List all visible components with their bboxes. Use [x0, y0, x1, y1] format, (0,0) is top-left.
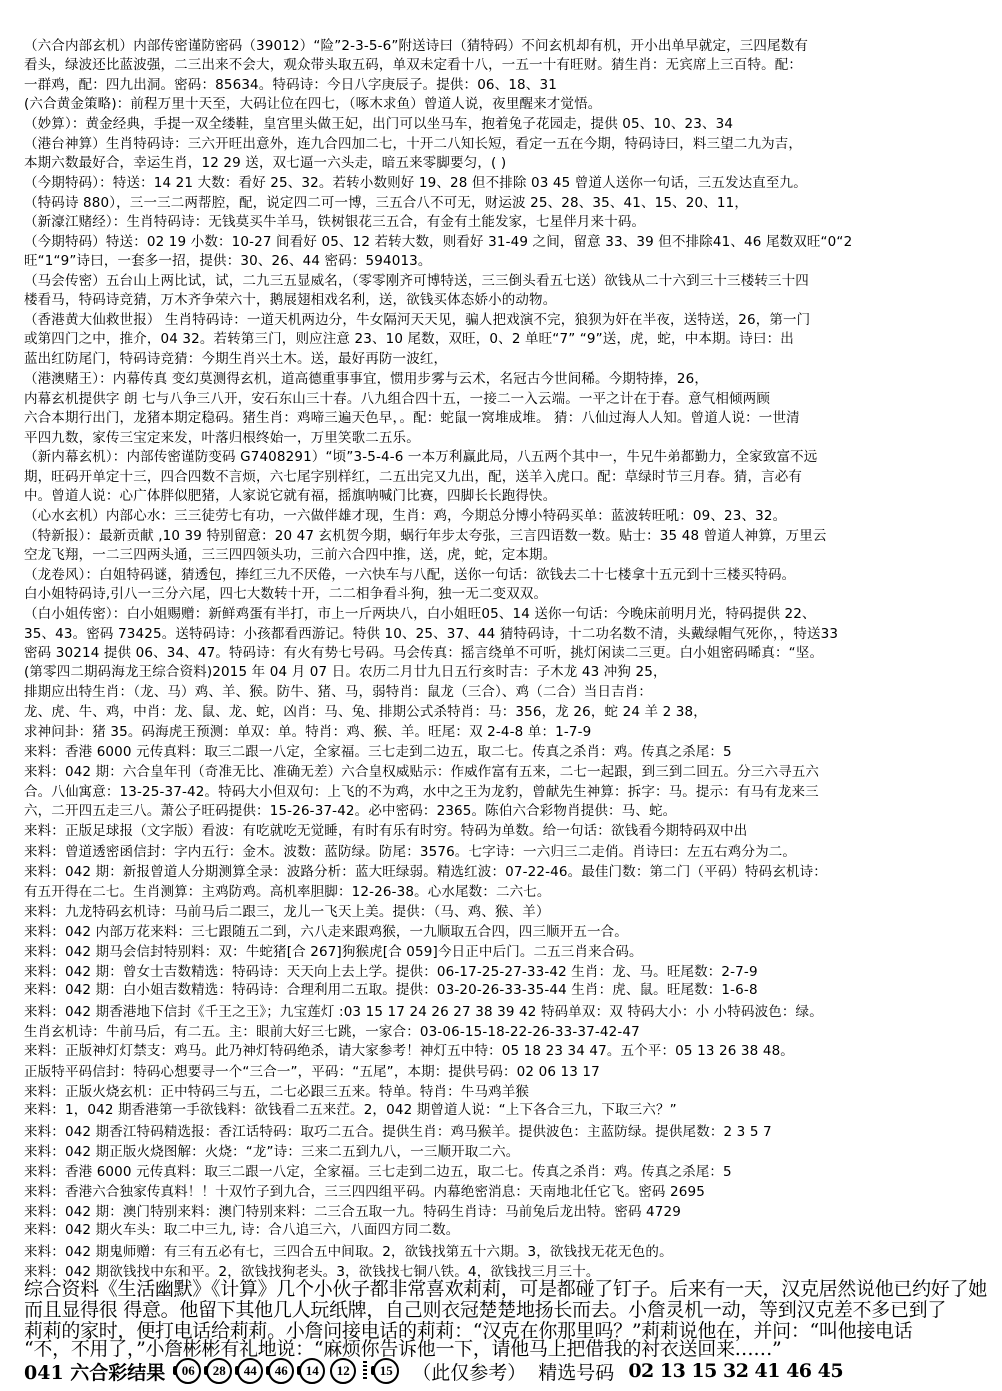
text-line: 旺“1“9”诗曰，一套多一招，提供：30、26、44 密码：594013。 [24, 253, 992, 270]
special-ball: 15 [373, 1358, 399, 1384]
text-line: 来料：042 期正版火烧图解：火烧：“龙”诗：三来二五到九八，一三顺开取二六。 [24, 1144, 992, 1161]
text-line: （新内幕玄机）：内部传密谨防变码 G7408291）“顷”3-5-4-6 一本万… [24, 449, 992, 466]
text-line: 来料：042 期火车头：取二中三九, 诗：合八追三六，八面四方同二数。 [24, 1222, 992, 1239]
text-line: 来料：042 期：六合皇年刊（奇准无比、准确无差）六合皇权威贴示：作威作富有五来… [24, 764, 992, 781]
text-line: 来料：042 期马会信封特别料：双：牛蛇猪[合 267]狗猴虎[合 059]今日… [24, 944, 992, 961]
text-line: 六，二开四五走三八。萧公子旺码提供：15-26-37-42。必中密码：2365。… [24, 803, 992, 820]
text-line: （马会传密）五台山上两比试，试，二九三五显威名，（零零刚齐可博特送，三三倒头看五… [24, 273, 992, 290]
text-line: （心水玄机）内部心水：三三徒劳七有功，一六做伴雄才现，生肖：鸡，今期总分博小特码… [24, 508, 992, 525]
text-line: 期，旺码开单定十三，四合四数不言烦，六七尾字别样红，二五出完又九出，配，送羊入虎… [24, 469, 992, 486]
text-line: 来料：042 期：曾女士吉数精选：特码诗：天天向上去上学。提供：06-17-25… [24, 964, 992, 981]
result-ball-4: 46 [268, 1358, 294, 1384]
text-line: （港澳赌王）：内幕传真 变幻莫测得玄机，道高德重事事宜，惯用步雾与云术，名冠古今… [24, 371, 992, 388]
text-line: 内幕玄机提供字 朗 七与八争三八开，安石东山三十春。八九组合四十五，一接二一入云… [24, 391, 992, 408]
text-line: 来料：042 期：白小姐吉数精选：特码诗：合理利用二五取。提供：03-20-26… [24, 982, 992, 999]
text-line: 来料：正版火烧玄机：正中特码三与五，二七必跟三五来。特单。特肖：牛马鸡羊猴 [24, 1084, 992, 1101]
text-line: 一群鸡，配：四九出洞。密码：85634。特码诗：今日八字庚辰子。提供：06、18… [24, 77, 992, 94]
result-ball-5: 14 [299, 1358, 325, 1384]
text-line: 正版特平码信封：特码心想要寻一个“三合一”，平码：“五尾”，本期：提供号码：02… [24, 1064, 992, 1081]
text-line: 或第四门之中，推介，04 32。若转第三门，则应注意 23、10 尾数，双旺，0… [24, 331, 992, 348]
text-line: 求神问卦：猪 35。码海虎王预测：单双：单。特肖：鸡、猴、羊。旺尾：双 2-4-… [24, 724, 992, 741]
text-line: （特码诗 880），三一三二两帮腔，配，说定四二可一博，三五合八不可无，财运波 … [24, 195, 992, 212]
text-line: （妙算）：黄金经典，手提一双全缕鞋，皇宫里头做王妃，出门可以坐马车，抱着兔子花园… [24, 116, 992, 133]
story-line: 综合资料《生活幽默》《计算》几个小伙子都非常喜欢莉莉，可是都碰了钉子。后来有一天… [24, 1278, 994, 1300]
result-note: （此仅参考） [412, 1358, 526, 1385]
result-ball-3: 44 [237, 1358, 263, 1384]
text-line: 来料：九龙特码玄机诗：马前马后二跟三，龙儿一飞天上美。提供：（马、鸡、猴、羊） [24, 904, 992, 921]
result-ball-2: 28 [206, 1358, 232, 1384]
text-line: 来料：1，042 期香港第一手欲钱料：欲钱看二五来茳。2，042 期曾道人说：“… [24, 1102, 992, 1119]
lottery-info-page: （六合内部玄机）内部传密谨防密码（39012）“险”2-3-5-6”附送诗曰（猜… [0, 0, 1002, 1391]
text-line: 六合本期行出门，龙猪本期定稳码。猪生肖：鸡啼三遍天色早，。配：蛇鼠一窝堆成堆。 … [24, 410, 992, 427]
text-line: 看头，绿波还比蓝波强，二三出来不会大，观众带头取五码，单双未定看十八，一五一十有… [24, 57, 992, 74]
picks-numbers: 02 13 15 32 41 46 45 [628, 1360, 843, 1382]
text-line: 来料：042 期：澳门特别来料：澳门特别来料：二三合五取一九。特码生肖诗：马前兔… [24, 1204, 992, 1221]
text-line: 合。八仙寓意：13-25-37-42。特码大小但双句：上飞的不为鸡，水中之王为龙… [24, 784, 992, 801]
text-line: 来料：042 期香港地下信封《千王之王》；九宝莲灯 :03 15 17 24 2… [24, 1004, 992, 1021]
text-line: （白小姐传密）：白小姐赐赠：新鲜鸡蛋有半打，市上一斤两块八，白小姐旺05、14 … [24, 606, 992, 623]
text-line: (六合黄金策略)：前程万里十天至，大码让位在四七，（啄木求鱼）曾道人说，夜里醒来… [24, 96, 992, 113]
text-line: 来料：曾道透密函信封：字内五行：金木。波数：蓝防绿。防尾：3576。七字诗：一六… [24, 844, 992, 861]
text-line: 有五开得在二七。生肖测算：主鸡防鸡。高机率胆脚：12-26-38。心水尾数：二六… [24, 884, 992, 901]
text-line: （今期特码）特送：02 19 小数：10-27 间看好 05、12 若转大数，则… [24, 234, 992, 251]
text-line: 来料：香港 6000 元传真料：取三二跟一八定，全家福。三七走到二边五，取二七。… [24, 1164, 992, 1181]
text-line: （龙卷风）：白姐特码谜，猜透包，捧红三九不厌倦，一六快车与八配，送你一句话：欲钱… [24, 567, 992, 584]
story-line: 而且显得很 得意。他留下其他几人玩纸牌，自己则衣冠楚楚地扬长而去。小詹灵机一动，… [24, 1299, 994, 1321]
text-line: 本期六数最好合，幸运生肖，12 29 送，双七逼一六头走，暗五来零脚要匀，( ) [24, 155, 992, 172]
result-ball-1: 06 [175, 1358, 201, 1384]
text-line: （今期特码）：特送：14 21 大数：看好 25、32。若转小数则好 19、28… [24, 175, 992, 192]
text-line: （港台神算）生肖特码诗：三六开旺出意外，连九合四加二七，十开二八知长短，看定一五… [24, 136, 992, 153]
text-line: 来料：正版足球报（文字版）看波：有吃就吃无觉睡，有时有乐有时穷。特码为单数。给一… [24, 823, 992, 840]
result-label: 041 六合彩结果 [24, 1358, 165, 1385]
text-line: 来料：042 期：新报曾道人分期测算全录：波路分析：蓝大旺绿弱。精选红波：07-… [24, 864, 992, 881]
text-line: （香港黄大仙救世报） 生肖特码诗：一道天机两边分，牛女隔河天天见，骗人把戏演不完… [24, 312, 992, 329]
text-line: 密码 30214 提供 06、34、47。特码诗：有火有势七号码。马会传真：摇言… [24, 645, 992, 662]
text-line: 来料：香港 6000 元传真料：取三二跟一八定，全家福。三七走到二边五，取二七。… [24, 744, 992, 761]
text-line: 平四九数，家传三宝定来发，叶落归根终始一，万里笑歌二五乐。 [24, 430, 992, 447]
text-line: (第零四二期码海龙王综合资料)2015 年 04 月 07 日。农历二月廿九日五… [24, 664, 992, 681]
text-line: 35、43。密码 73425。送特码诗：小孩都看西游记。特供 10、25、37、… [24, 626, 992, 643]
text-line: 中。曾道人说：心广体胖似肥猪，人家说它就有福，摇旗呐喊门比赛，四脚长长跑得快。 [24, 488, 992, 505]
text-line: 生肖玄机诗：牛前马后，有二五。主：眼前大好三七跳，一家合：03-06-15-18… [24, 1024, 992, 1041]
text-line: （新濠江赌经）：生肖特码诗：无钱莫买牛羊马，铁树银花三五合，有金有土能发家，七星… [24, 214, 992, 231]
text-line: 蓝出红防尾门，特码诗竞猜：今期生肖兴土木。送，最好再防一波红， [24, 351, 992, 368]
special-separator-icon [363, 1361, 367, 1381]
text-line: （特新报）：最新贡献 ,10 39 特别留意：20 47 玄机贺今期，蜗行年步太… [24, 528, 992, 545]
picks-label: 精选号码 [538, 1358, 614, 1385]
text-line: 来料：042 期香江特码精选报：香江话特码：取巧二五合。提供生肖：鸡马猴羊。提供… [24, 1124, 992, 1141]
text-line: （六合内部玄机）内部传密谨防密码（39012）“险”2-3-5-6”附送诗曰（猜… [24, 38, 992, 55]
text-line: 来料：042 内部万花来料：三七跟随五二到，六八走来跟鸡猴，一九顺取五合四，四三… [24, 924, 992, 941]
text-line: 白小姐特码诗,引八一三分六尾，四七大数转十开，二二相争看斗狗，独一无二变双双。 [24, 586, 992, 603]
text-line: 空龙飞翔，一二三四两头通，三三四四领头功，三前六合四中推，送，虎，蛇，定本期。 [24, 547, 992, 564]
text-line: 来料：香港六合独家传真料！！十双竹子到九合，三三四四组平码。内幕绝密消息：天南地… [24, 1184, 992, 1201]
result-ball-6: 12 [330, 1358, 356, 1384]
text-line: 楼看马，特码诗竞猜，万木齐争荣六十，鹅展翅相戏名利，送，欲钱买体态娇小的动物。 [24, 292, 992, 309]
text-line: 来料：正版神灯灯禁支：鸡马。此乃神灯特码绝杀，请大家参考！神灯五中特：05 18… [24, 1043, 992, 1060]
result-row: 041 六合彩结果 06 28 44 46 14 12 15 （此仅参考） 精选… [24, 1358, 843, 1384]
text-line: 龙、虎、牛、鸡，中肖：龙、鼠、龙、蛇，凶肖：马、兔、排期公式杀特肖：马：356，… [24, 704, 992, 721]
text-line: 来料：042 期鬼师赠：有三有五必有七，三四合五中间取。2，欲钱找第五十六期。3… [24, 1244, 992, 1261]
text-line: 排期应出特生肖：（龙、马）鸡、羊、猴。防牛、猪、马，弱特肖：鼠龙（三合）、鸡（二… [24, 684, 992, 701]
